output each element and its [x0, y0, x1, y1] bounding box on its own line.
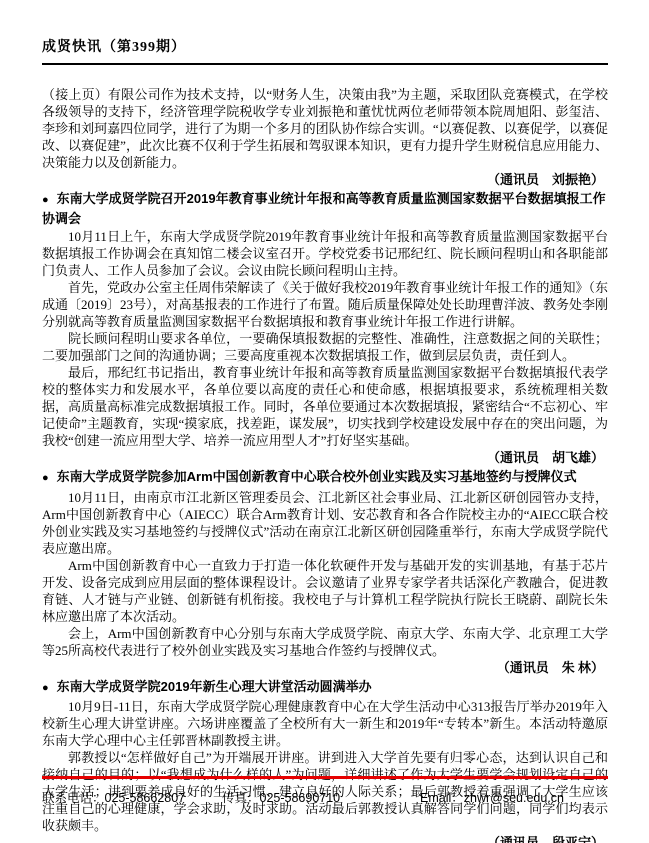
article-paragraph: 会上，Arm中国创新教育中心分别与东南大学成贤学院、南京大学、东南大学、北京理工… — [42, 625, 608, 659]
footer-email: Email：zhwr@seu.edu.cn — [420, 788, 564, 806]
article-paragraph: 首先，党政办公室主任周伟荣解读了《关于做好我校2019年教育事业统计年报工作的通… — [42, 279, 608, 330]
masthead-title: 成贤快讯（第399期） — [42, 36, 608, 56]
article-title: 东南大学成贤学院参加Arm中国创新教育中心联合校外创业实践及实习基地签约与授牌仪… — [57, 469, 577, 484]
bullet-icon: ● — [42, 472, 49, 484]
article-psychology-lecture: ●东南大学成贤学院2019年新生心理大讲堂活动圆满举办 10月9日-11日，东南… — [42, 678, 608, 843]
article-paragraph: 10月11日上午，东南大学成贤学院2019年教育事业统计年报和高等教育质量监测国… — [42, 228, 608, 279]
footer-fax: 传真：025-58690710 — [222, 788, 420, 806]
masthead: 成贤快讯（第399期） — [42, 36, 608, 65]
article-statistics-report: ●东南大学成贤学院召开2019年教育事业统计年报和高等教育质量监测国家数据平台数… — [42, 190, 608, 466]
article-paragraph: 10月9日-11日，东南大学成贤学院心理健康教育中心在大学生活动中心313报告厅… — [42, 698, 608, 749]
article-arm-ceremony: ●东南大学成贤学院参加Arm中国创新教育中心联合校外创业实践及实习基地签约与授牌… — [42, 468, 608, 676]
newsletter-page: 成贤快讯（第399期） （接上页）有限公司作为技术支持，以“财务人生，决策由我”… — [0, 0, 649, 843]
newsletter-body: （接上页）有限公司作为技术支持，以“财务人生，决策由我”为主题，采取团队竞赛模式… — [42, 86, 608, 843]
article-title: 东南大学成贤学院2019年新生心理大讲堂活动圆满举办 — [57, 679, 372, 694]
masthead-rule — [42, 63, 608, 65]
article-byline: （通讯员 胡飞雄） — [42, 449, 608, 466]
lead-article: （接上页）有限公司作为技术支持，以“财务人生，决策由我”为主题，采取团队竞赛模式… — [42, 86, 608, 188]
lead-byline: （通讯员 刘振艳） — [42, 171, 608, 188]
article-headline: ●东南大学成贤学院2019年新生心理大讲堂活动圆满举办 — [42, 678, 608, 698]
lead-paragraph: （接上页）有限公司作为技术支持，以“财务人生，决策由我”为主题，采取团队竞赛模式… — [42, 86, 608, 171]
page-footer: 联系电话：025-58662807 传真：025-58690710 Email：… — [42, 776, 608, 806]
bullet-icon: ● — [42, 194, 49, 206]
article-paragraph: 最后，邢纪红书记指出，教育事业统计年报和高等教育质量监测国家数据平台数据填报代表… — [42, 364, 608, 449]
article-paragraph: Arm中国创新教育中心一直致力于打造一体化软硬件开发与基础开发的实训基地，有基于… — [42, 557, 608, 625]
article-paragraph: 10月11日，由南京市江北新区管理委员会、江北新区社会事业局、江北新区研创园管办… — [42, 489, 608, 557]
footer-phone: 联系电话：025-58662807 — [42, 788, 222, 806]
bullet-icon: ● — [42, 682, 49, 694]
article-byline: （通讯员 朱 林） — [42, 659, 608, 676]
article-paragraph: 院长顾问程明山要求各单位，一要确保填报数据的完整性、准确性，注意数据之间的关联性… — [42, 330, 608, 364]
footer-red-rule — [42, 776, 608, 779]
article-headline: ●东南大学成贤学院召开2019年教育事业统计年报和高等教育质量监测国家数据平台数… — [42, 190, 608, 227]
article-title: 东南大学成贤学院召开2019年教育事业统计年报和高等教育质量监测国家数据平台数据… — [42, 191, 606, 226]
article-headline: ●东南大学成贤学院参加Arm中国创新教育中心联合校外创业实践及实习基地签约与授牌… — [42, 468, 608, 488]
article-byline: （通讯员 段亚宁） — [42, 834, 608, 843]
footer-contact-row: 联系电话：025-58662807 传真：025-58690710 Email：… — [42, 788, 608, 806]
